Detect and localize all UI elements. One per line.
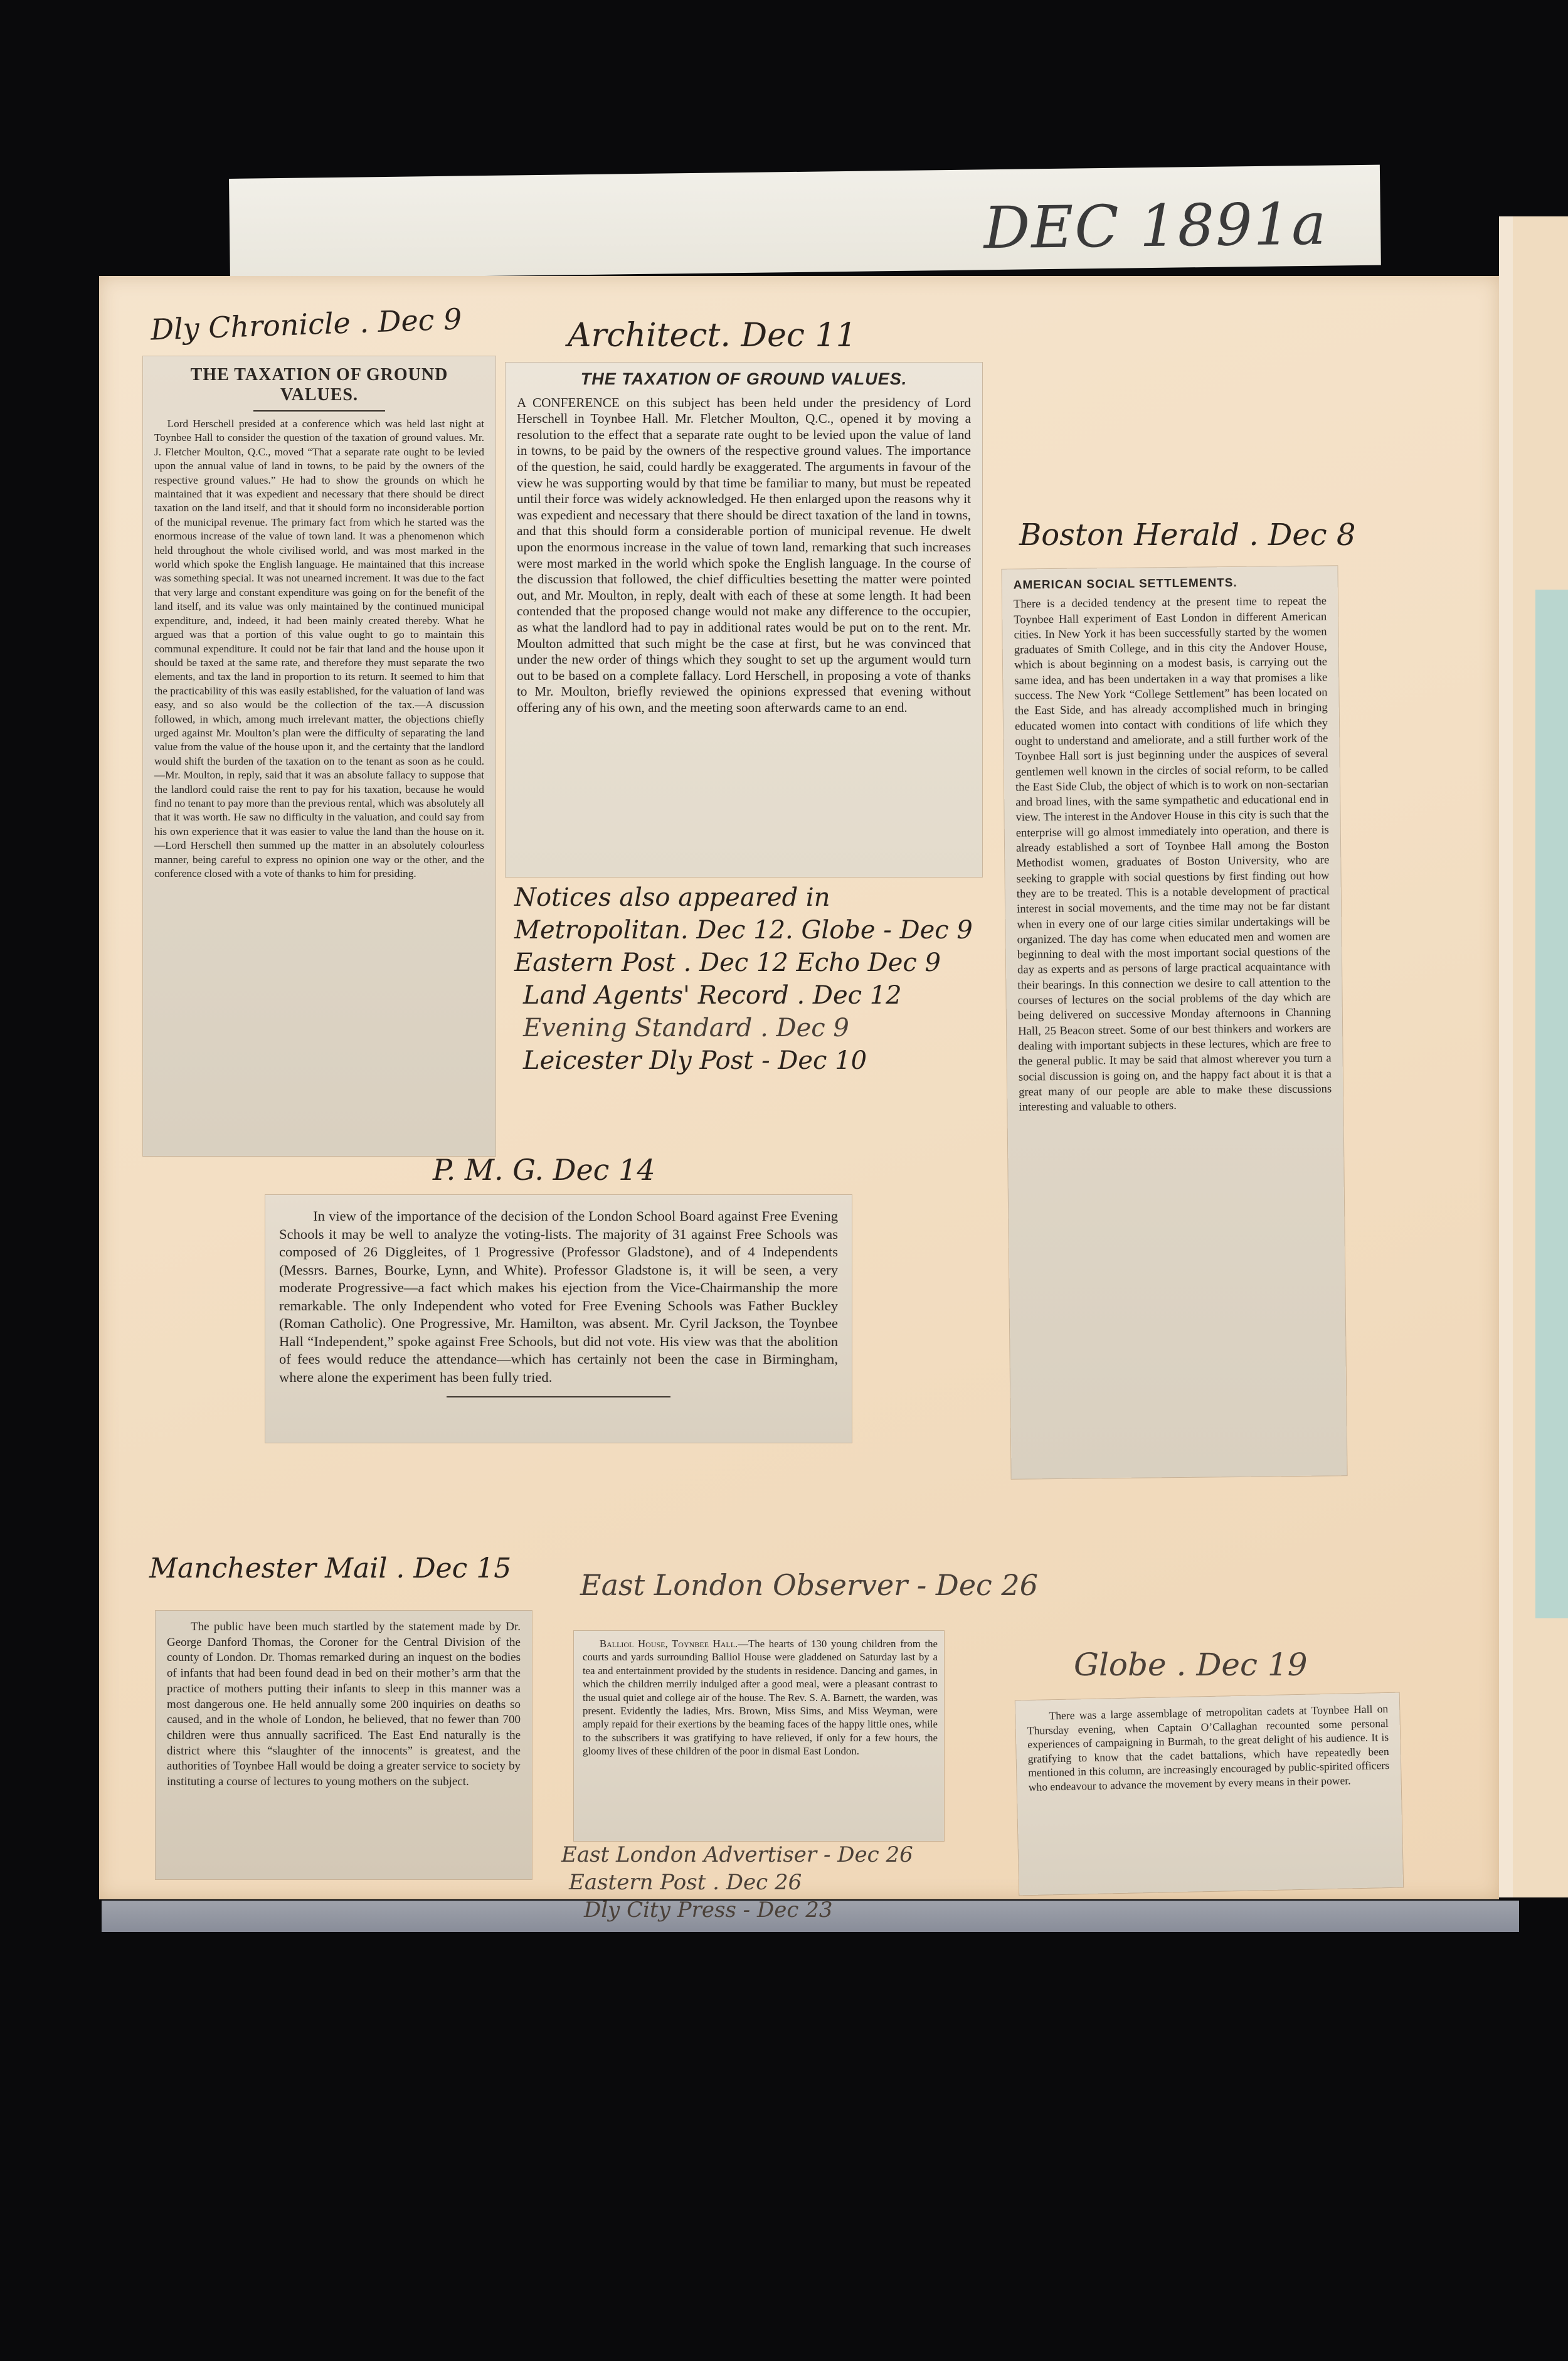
notices-line: Leicester Dly Post - Dec 10: [514, 1044, 966, 1077]
notices-line: Notices also appeared in: [514, 881, 966, 914]
clipping-body: There is a decided tendency at the prese…: [1014, 594, 1332, 1115]
clipping-architect: THE TAXATION OF GROUND VALUES. A CONFERE…: [506, 363, 982, 877]
clipping-east-london-observer: Balliol House, Toynbee Hall.—The hearts …: [574, 1631, 944, 1841]
archive-label-strip: DEC 1891a: [229, 165, 1381, 279]
source-note-architect: Architect. Dec 11: [568, 317, 857, 354]
clipping-body: A CONFERENCE on this subject has been he…: [517, 395, 971, 716]
notices-line: Land Agents' Record . Dec 12: [514, 979, 966, 1012]
clipping-globe: There was a large assemblage of metropol…: [1015, 1693, 1403, 1896]
clipping-body: Lord Herschell presided at a conference …: [154, 417, 484, 881]
footnote-line: East London Advertiser - Dec 26: [561, 1841, 950, 1869]
footnote-line: Dly City Press - Dec 23: [561, 1896, 950, 1924]
clipping-headline: THE TAXATION OF GROUND VALUES.: [154, 365, 484, 405]
clipping-headline: AMERICAN SOCIAL SETTLEMENTS.: [1014, 575, 1327, 593]
east-london-footnotes: East London Advertiser - Dec 26 Eastern …: [561, 1841, 950, 1924]
clipping-lead: Balliol House, Toynbee Hall.: [600, 1638, 738, 1650]
source-note-pall-mall-gazette: P. M. G. Dec 14: [433, 1153, 655, 1187]
clipping-boston-herald: AMERICAN SOCIAL SETTLEMENTS. There is a …: [1002, 566, 1347, 1479]
clipping-headline: THE TAXATION OF GROUND VALUES.: [517, 371, 971, 388]
clipping-body: Balliol House, Toynbee Hall.—The hearts …: [583, 1637, 938, 1758]
clipping-pall-mall-gazette: In view of the importance of the decisio…: [265, 1195, 852, 1443]
footnote-line: Eastern Post . Dec 26: [561, 1869, 950, 1896]
clipping-lead: A CONFERENCE: [517, 395, 620, 410]
clipping-body: In view of the importance of the decisio…: [279, 1207, 838, 1386]
archive-label: DEC 1891a: [983, 191, 1328, 262]
divider: [253, 410, 385, 412]
source-note-east-london-observer: East London Observer - Dec 26: [580, 1568, 1038, 1602]
adjacent-album-pages: [1499, 216, 1568, 1897]
clipping-body: There was a large assemblage of metropol…: [1027, 1702, 1390, 1794]
blue-paper-insert: [1535, 590, 1568, 1618]
notices-line: Metropolitan. Dec 12. Globe - Dec 9: [514, 914, 966, 947]
notices-line: Eastern Post . Dec 12 Echo Dec 9: [514, 947, 966, 979]
clipping-body-text: —The hearts of 130 young children from t…: [583, 1638, 938, 1757]
clipping-body: The public have been much startled by th…: [167, 1620, 521, 1790]
source-note-boston-herald: Boston Herald . Dec 8: [1019, 517, 1355, 553]
notices-line: Evening Standard . Dec 9: [514, 1012, 966, 1044]
clipping-body-text: on this subject has been held under the …: [517, 395, 971, 715]
notices-note: Notices also appeared in Metropolitan. D…: [514, 881, 966, 1077]
source-note-globe: Globe . Dec 19: [1074, 1647, 1308, 1683]
source-note-manchester-mail: Manchester Mail . Dec 15: [149, 1552, 511, 1584]
clipping-daily-chronicle: THE TAXATION OF GROUND VALUES. Lord Hers…: [143, 356, 495, 1156]
clipping-manchester-mail: The public have been much startled by th…: [156, 1611, 532, 1879]
divider: [447, 1396, 670, 1398]
